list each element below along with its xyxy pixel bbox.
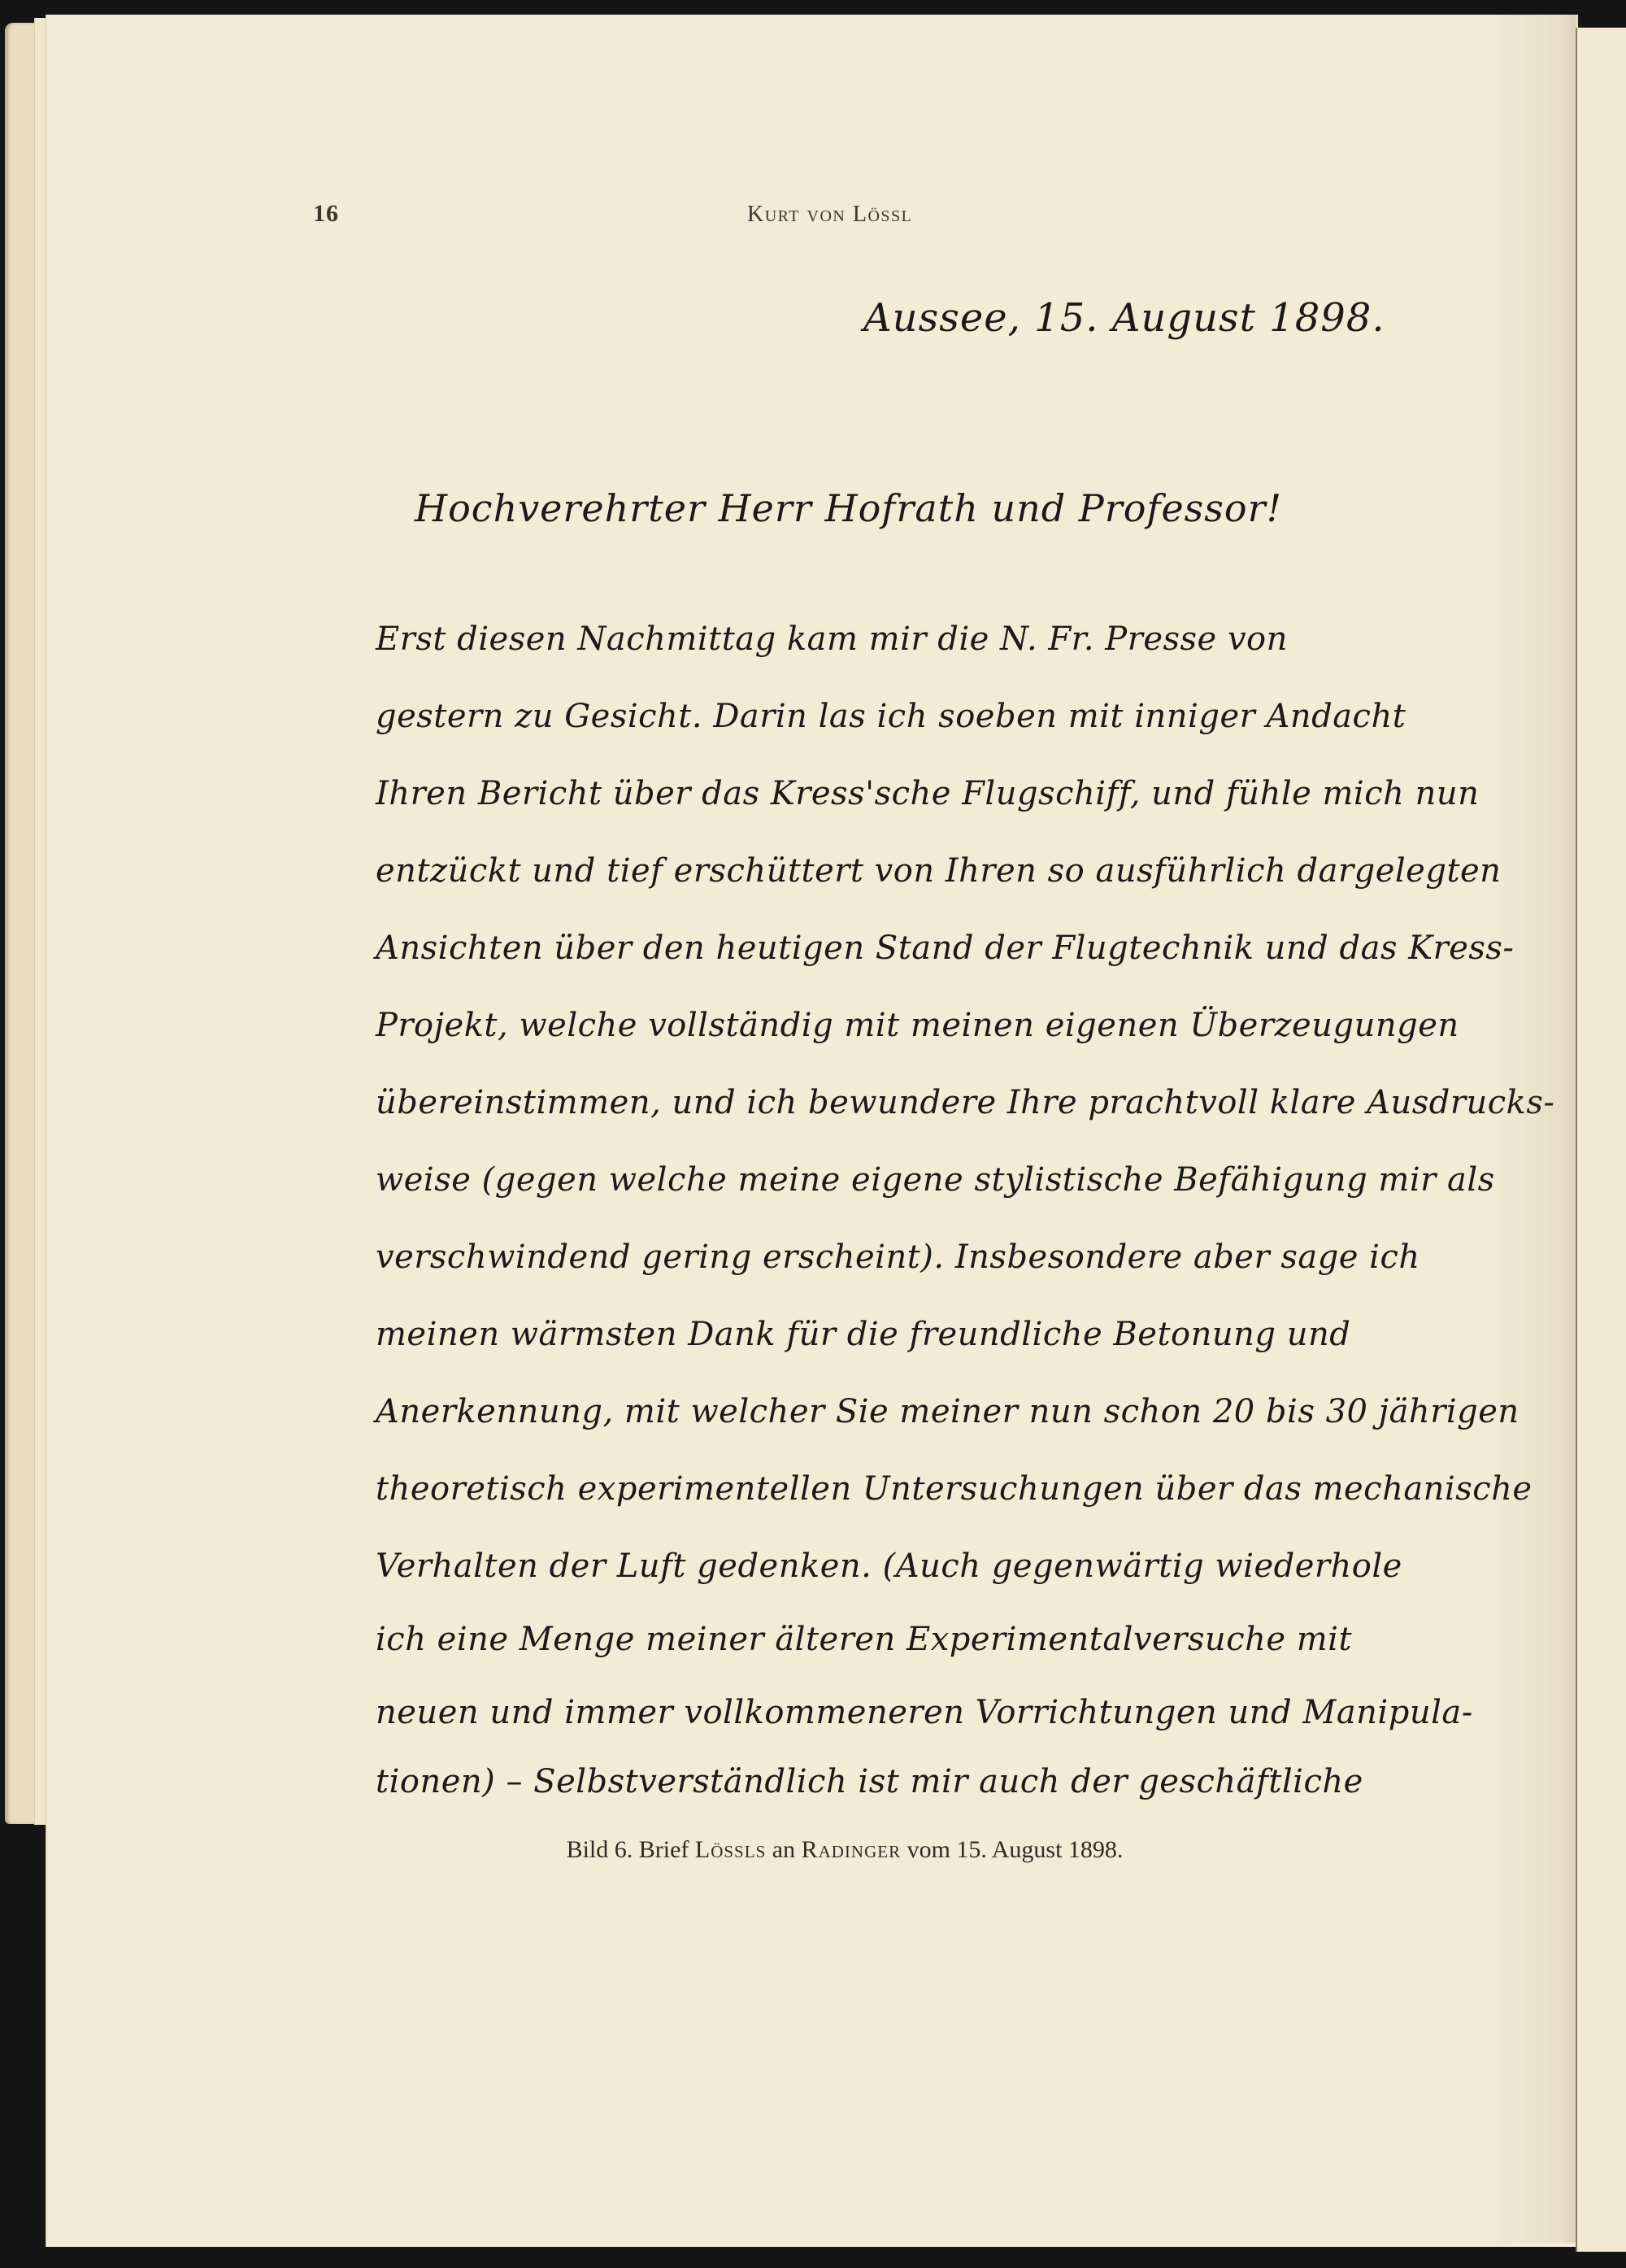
letter-line: theoretisch experimentellen Untersuchung… (376, 1470, 1533, 1508)
caption-suffix: vom 15. August 1898. (901, 1836, 1123, 1863)
letter-line: übereinstimmen, und ich bewundere Ihre p… (376, 1084, 1554, 1121)
letter-line: tionen) – Selbstverständlich ist mir auc… (376, 1763, 1363, 1800)
letter-line: verschwindend gering erscheint). Insbeso… (376, 1238, 1420, 1276)
figure-caption: Bild 6. Brief Lössls an Radinger vom 15.… (46, 1836, 1578, 1864)
letter-line: meinen wärmsten Dank für die freundliche… (376, 1316, 1350, 1353)
letter-line: gestern zu Gesicht. Darin las ich soeben… (376, 698, 1406, 735)
letter-line: Verhalten der Luft gedenken. (Auch gegen… (376, 1548, 1402, 1585)
scanned-book-spread: 16 Kurt von Lössl Aussee, 15. August 189… (0, 0, 1626, 2268)
letter-line: ich eine Menge meiner älteren Experiment… (376, 1621, 1352, 1658)
caption-prefix: Bild 6. Brief (567, 1836, 695, 1863)
letter-line: Erst diesen Nachmittag kam mir die N. Fr… (376, 620, 1288, 658)
letter-line: weise (gegen welche meine eigene stylist… (376, 1161, 1495, 1199)
letter-line: entzückt und tief erschüttert von Ihren … (376, 852, 1501, 890)
page-number: 16 (313, 200, 339, 228)
letter-line: Ihren Bericht über das Kress'sche Flugsc… (376, 775, 1479, 812)
letter-dateline: Aussee, 15. August 1898. (863, 295, 1385, 341)
caption-name-loessl: Lössls (695, 1836, 766, 1863)
letter-line: neuen und immer vollkommeneren Vorrichtu… (376, 1694, 1473, 1731)
facing-page-edge (1576, 28, 1626, 2252)
letter-salutation: Hochverehrter Herr Hofrath und Professor… (415, 486, 1282, 530)
book-page: 16 Kurt von Lössl Aussee, 15. August 189… (46, 15, 1578, 2247)
letter-line: Anerkennung, mit welcher Sie meiner nun … (376, 1393, 1519, 1430)
running-title: Kurt von Lössl (747, 202, 912, 228)
letter-line: Projekt, welche vollständig mit meinen e… (376, 1007, 1459, 1044)
letter-line: Ansichten über den heutigen Stand der Fl… (376, 929, 1514, 967)
caption-name-radinger: Radinger (802, 1836, 902, 1863)
caption-middle: an (766, 1836, 801, 1863)
